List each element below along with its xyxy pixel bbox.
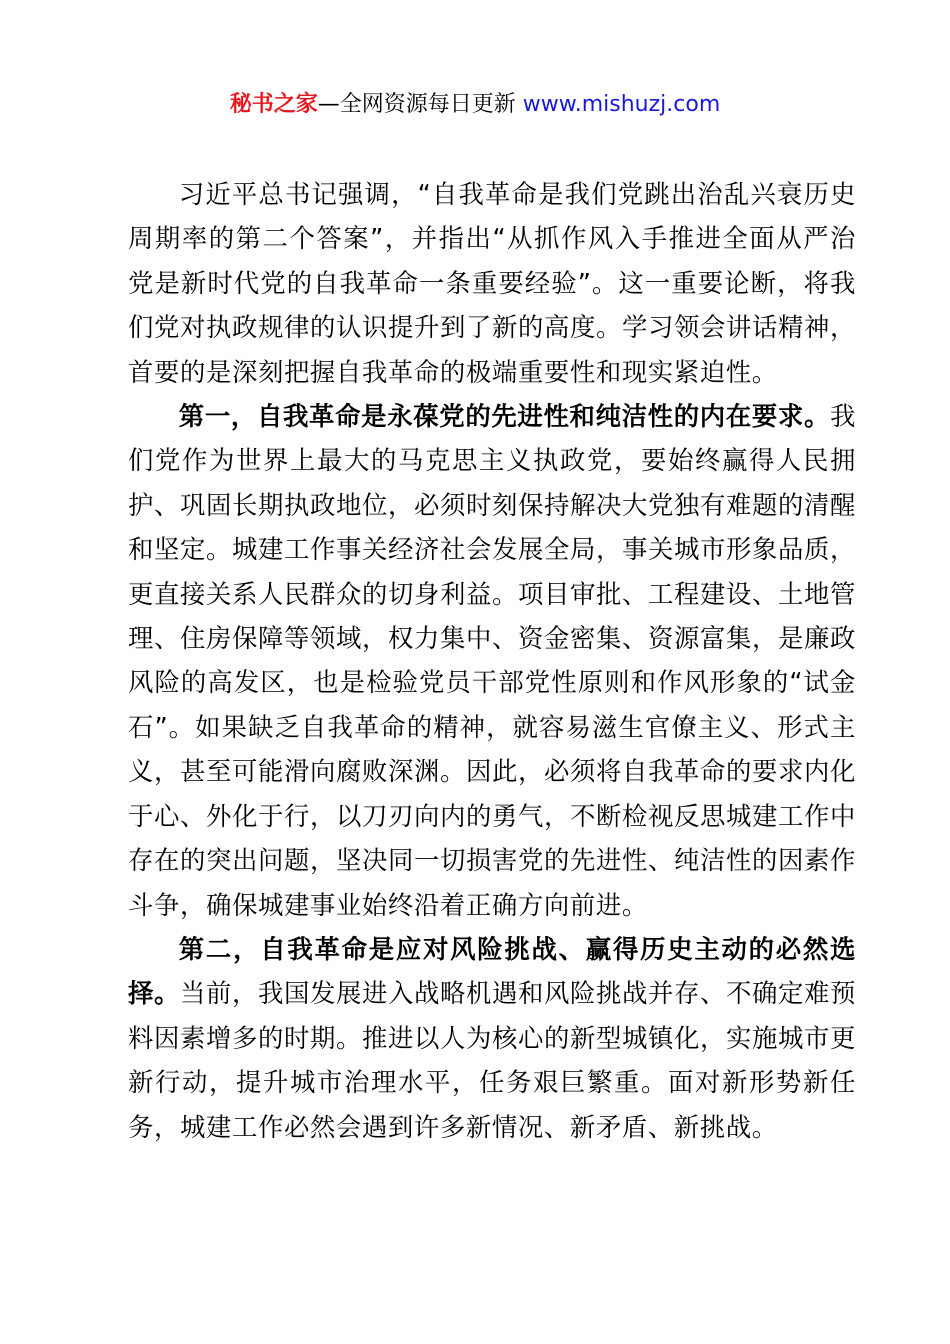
document-body: 习近平总书记强调，“自我革命是我们党跳出治乱兴衰历史周期率的第二个答案”，并指出… — [128, 172, 856, 1149]
paragraph-intro: 习近平总书记强调，“自我革命是我们党跳出治乱兴衰历史周期率的第二个答案”，并指出… — [128, 172, 856, 394]
site-header: 秘书之家—全网资源每日更新 www.mishuzj.com — [0, 88, 950, 122]
paragraph-point-two: 第二，自我革命是应对风险挑战、赢得历史主动的必然选择。当前，我国发展进入战略机遇… — [128, 927, 856, 1149]
site-url-link[interactable]: www.mishuzj.com — [523, 92, 720, 117]
paragraph-point-one: 第一，自我革命是永葆党的先进性和纯洁性的内在要求。我们党作为世界上最大的马克思主… — [128, 394, 856, 927]
paragraph-heading: 第一，自我革命是永葆党的先进性和纯洁性的内在要求。 — [179, 401, 830, 431]
paragraph-text: 我们党作为世界上最大的马克思主义执政党，要始终赢得人民拥护、巩固长期执政地位，必… — [128, 401, 856, 919]
paragraph-text: 习近平总书记强调，“自我革命是我们党跳出治乱兴衰历史周期率的第二个答案”，并指出… — [128, 179, 856, 387]
paragraph-text: 当前，我国发展进入战略机遇和风险挑战并存、不确定难预料因素增多的时期。推进以人为… — [128, 978, 856, 1141]
header-tagline: —全网资源每日更新 — [318, 92, 523, 117]
brand-name: 秘书之家 — [230, 92, 318, 117]
